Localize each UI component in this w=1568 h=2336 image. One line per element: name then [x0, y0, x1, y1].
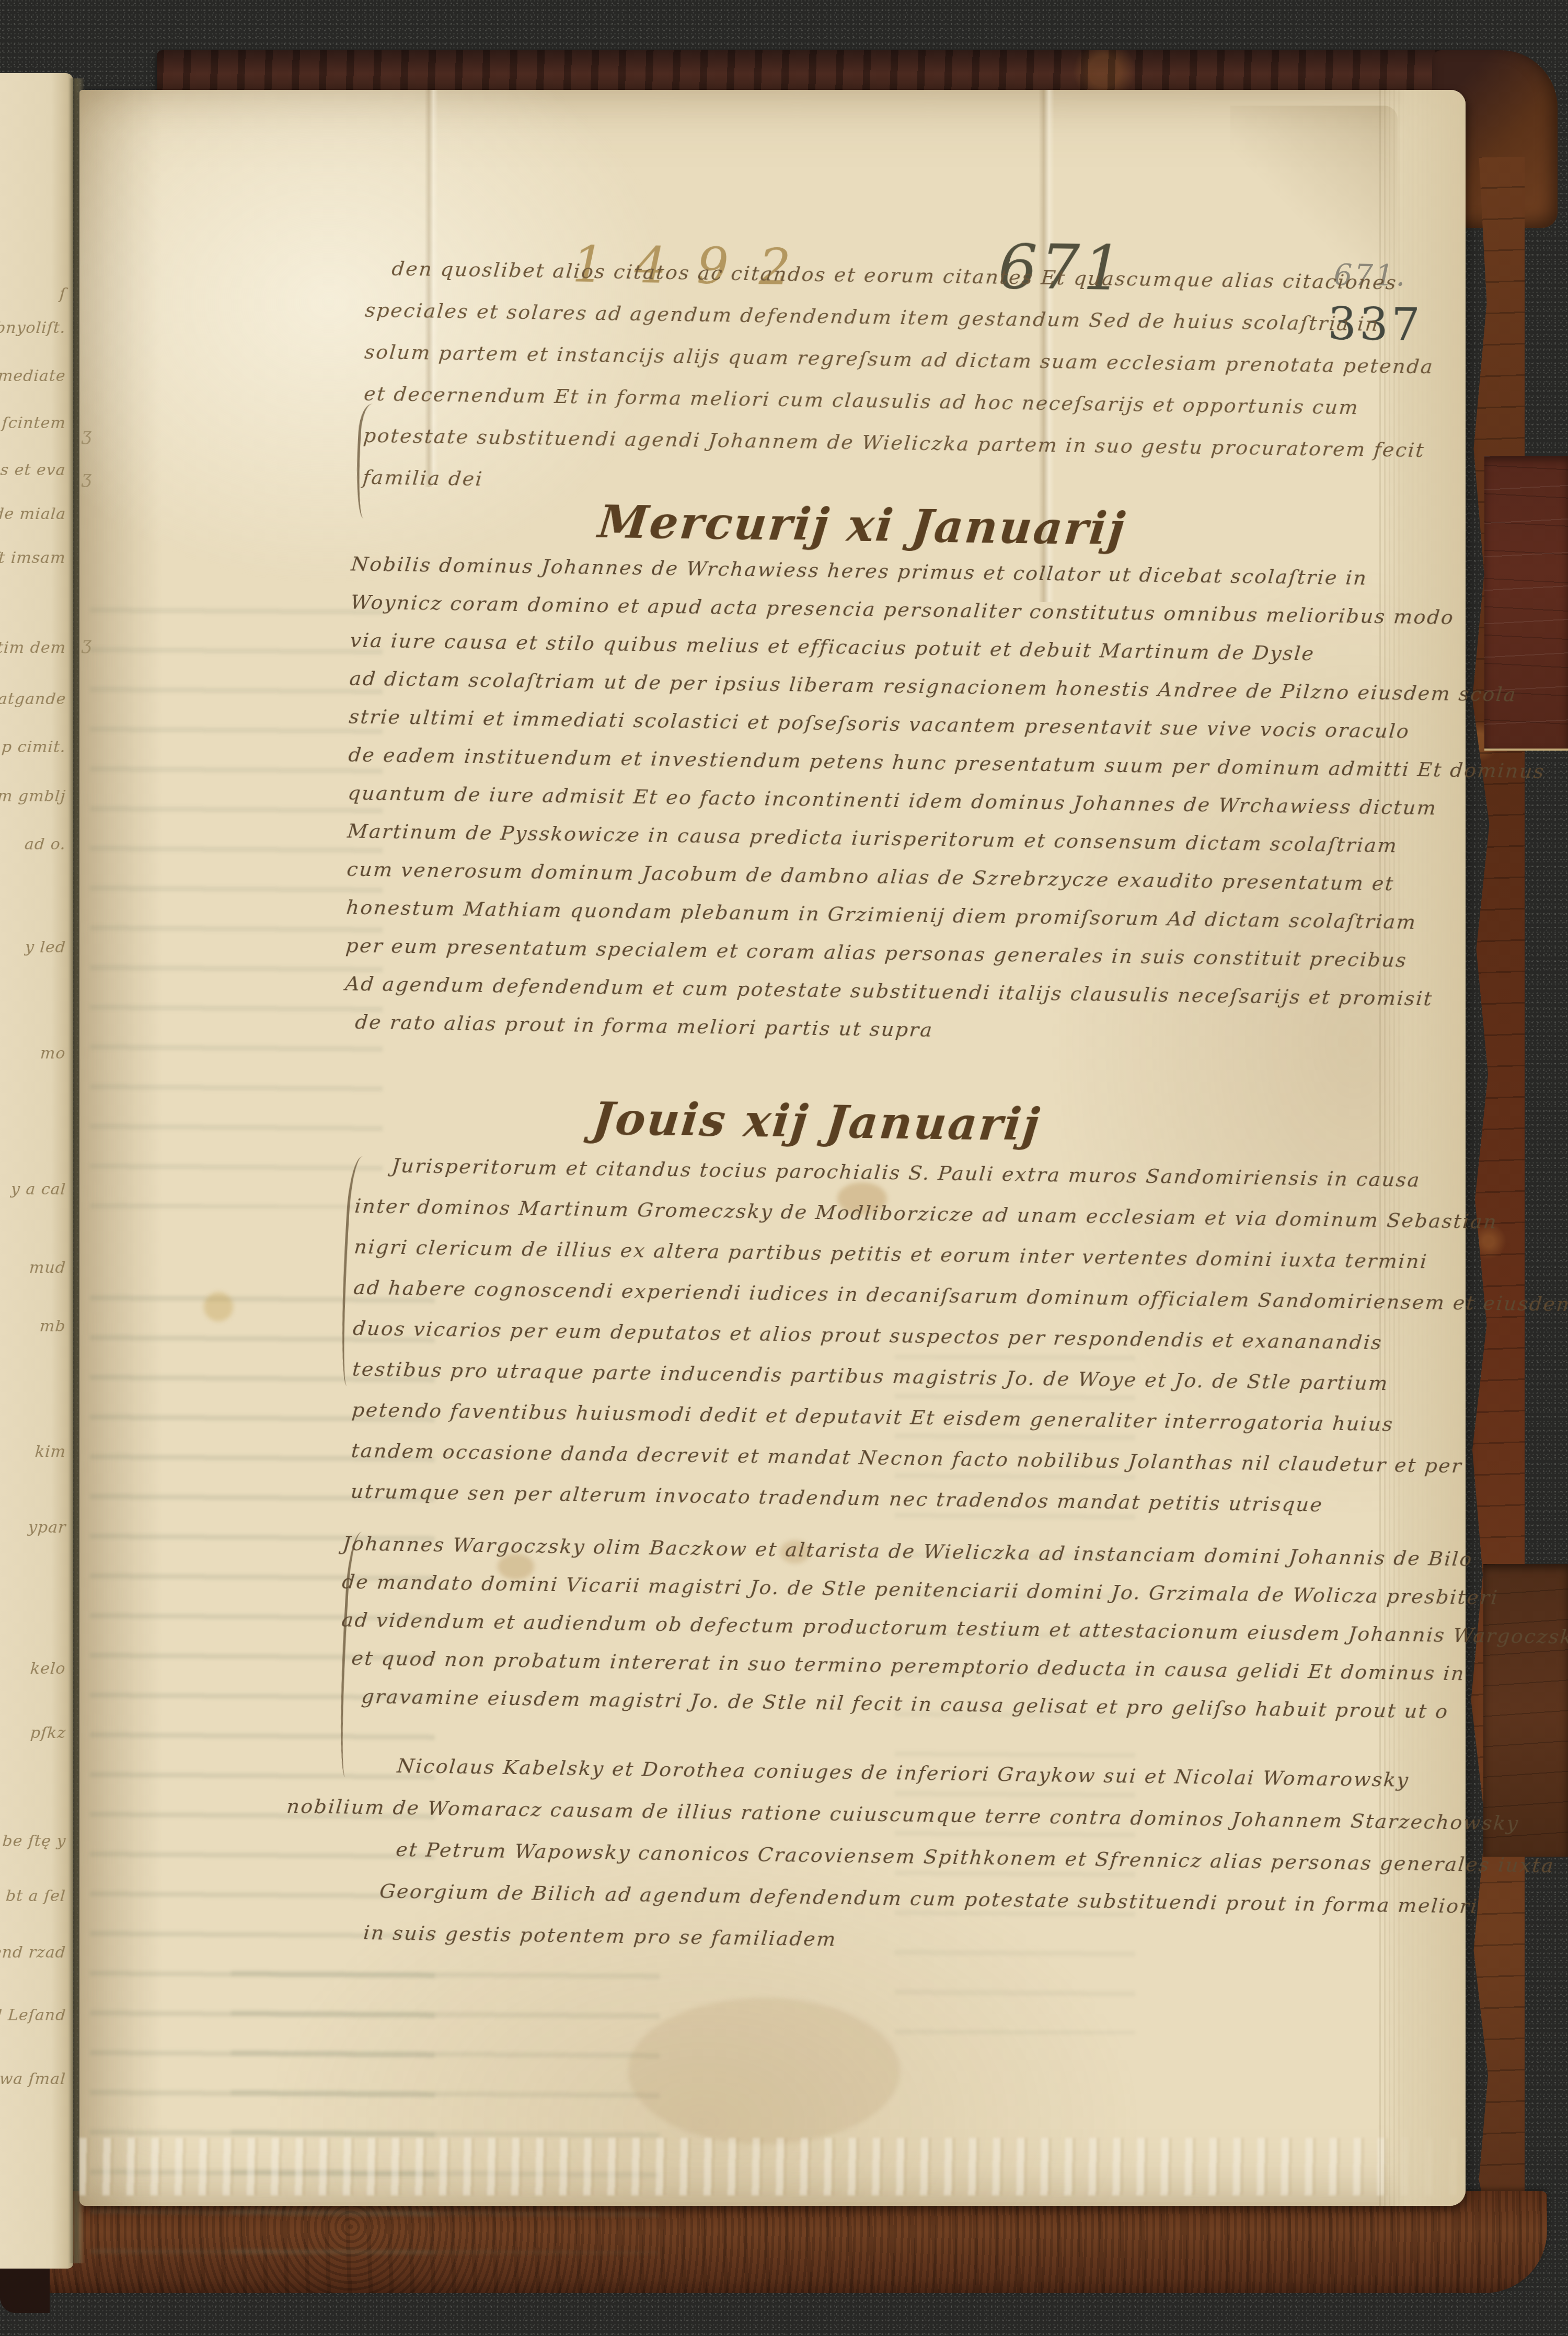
facing-page-line-fragment: ſe unmediate [0, 367, 66, 385]
text-line: petendo faventibus huiusmodi dedit et de… [351, 1400, 1395, 1434]
day-heading-jovis: Jouis xij Januarij [590, 1092, 1043, 1152]
facing-page-line-fragment: y a cal [10, 1180, 67, 1199]
text-line: et Petrum Wapowsky canonicos Cracoviense… [395, 1839, 1555, 1875]
text-line: Nicolaus Kabelsky et Dorothea coniuges d… [396, 1756, 1410, 1790]
text-line: nigri clericum de illius ex altera parti… [353, 1237, 1428, 1272]
text-line: et decernendum Et in forma meliori cum c… [363, 384, 1360, 418]
text-line: Johannes Wargoczsky olim Baczkow et alta… [342, 1533, 1474, 1569]
text-line: strie ultimi et immediati scolastici et … [348, 706, 1411, 741]
text-line: in suis gestis potentem pro se familiade… [363, 1923, 838, 1949]
text-line: familia dei [362, 467, 485, 489]
facing-page-line-fragment: mb [39, 1317, 66, 1336]
facing-page-line-fragment: ondils et eva [0, 461, 66, 479]
text-line: ad habere cognoscendi experiendi iudices… [353, 1278, 1568, 1315]
text-line: Ad agendum defendendum et cum potestate … [344, 973, 1434, 1008]
facing-page-line-fragment: ad o. [24, 835, 66, 854]
text-line: ad dictam scolaſtriam ut de per ipsius l… [349, 668, 1517, 704]
facing-page-line-fragment: kim [34, 1443, 67, 1461]
text-line: inter dominos Martinum Gromeczsky de Mod… [354, 1196, 1498, 1232]
facing-page-line-fragment: mo [40, 1044, 66, 1063]
facing-page-line-fragment: hano bnyoliſt. [0, 319, 66, 337]
text-line: de eadem instituendum et investiendum pe… [348, 744, 1546, 781]
text-line: duos vicarios per eum deputatos et alios… [352, 1318, 1383, 1352]
facing-page-line-fragment: ubus ſcintem [0, 414, 66, 432]
day-heading-mercurii: Mercurij xi Januarij [596, 496, 1128, 556]
handwriting-layer: 1492 671 671. 337 Mercurij xi Januarij J… [52, 86, 1468, 2221]
facing-page-line-fragment: y led [25, 938, 66, 957]
manuscript-page: ʒʒʒ 1492 671 671. 337 Mercurij xi Januar… [79, 90, 1466, 2206]
text-line: speciales et solares ad agendum defenden… [364, 300, 1380, 334]
text-line: gravamine eiusdem magistri Jo. de Stle n… [361, 1686, 1449, 1721]
text-line: nobilium de Womaracz causam de illius ra… [286, 1796, 1520, 1833]
text-line: ad videndum et audiendum ob defectum pro… [341, 1609, 1568, 1647]
text-line: tandem occasione danda decrevit et manda… [351, 1441, 1463, 1476]
text-line: quantum de iure admisit Et eo facto inco… [347, 782, 1438, 818]
facing-page-line-fragment: ſtatim dem [0, 639, 66, 657]
facing-page-line-fragment: tam gmblj [0, 787, 66, 805]
facing-page-line-fragment: onard de miala [0, 505, 66, 523]
text-line: et quod non probatum intererat in suo te… [351, 1648, 1466, 1684]
facing-page-line-fragment: mud [29, 1259, 66, 1277]
initial-flourish [337, 1156, 368, 1386]
facing-page-line-fragment: far y coſt imsam [0, 549, 66, 567]
text-line: utrumque sen per alterum invocato traden… [350, 1481, 1324, 1515]
facing-page-line-fragment: y be ſtę y [0, 1832, 66, 1850]
text-line: testibus pro utraque parte inducendis pa… [352, 1359, 1390, 1394]
text-line: per eum presentatum specialem et coram a… [345, 935, 1408, 970]
text-line: solum partem et instancijs alijs quam re… [364, 342, 1435, 377]
text-line: cum venerosum dominum Jacobum de dambno … [346, 859, 1395, 893]
initial-flourish [353, 403, 378, 519]
leather-strap-tab-upper [1484, 456, 1568, 751]
text-line: de mandato domini Vicarii magistri Jo. d… [341, 1571, 1500, 1607]
facing-page-line-fragment: m p cimit. [0, 738, 66, 756]
text-line: Nobilis dominus Johannes de Wrchawiess h… [350, 554, 1368, 588]
text-line: Woynicz coram domino et apud acta presen… [350, 592, 1455, 627]
text-line: via iure causa et stilo quibus melius et… [349, 630, 1316, 664]
text-line: de rato alias prout in forma meliori par… [354, 1012, 934, 1040]
text-line: den quoslibet alios citatos ac citandos … [391, 259, 1398, 293]
text-line: potestate substituendi agendi Johannem d… [363, 425, 1426, 460]
facing-page-line-fragment: agatgande [0, 690, 66, 708]
manuscript-photo: ſhano bnyoliſt.ſe unmediateubus ſcintemo… [0, 0, 1568, 2336]
text-line: honestum Mathiam quondam plebanum in Grz… [345, 897, 1417, 932]
facing-page-line-fragment: ypar [27, 1518, 66, 1537]
text-line: Martinum de Pysskowicze in causa predict… [347, 821, 1399, 855]
facing-page-line-fragment: ſ [59, 285, 67, 303]
text-line: Georgium de Bilich ad agendum defendendu… [379, 1881, 1479, 1916]
text-line: Jurisperitorum et citandus tocius paroch… [391, 1156, 1421, 1190]
